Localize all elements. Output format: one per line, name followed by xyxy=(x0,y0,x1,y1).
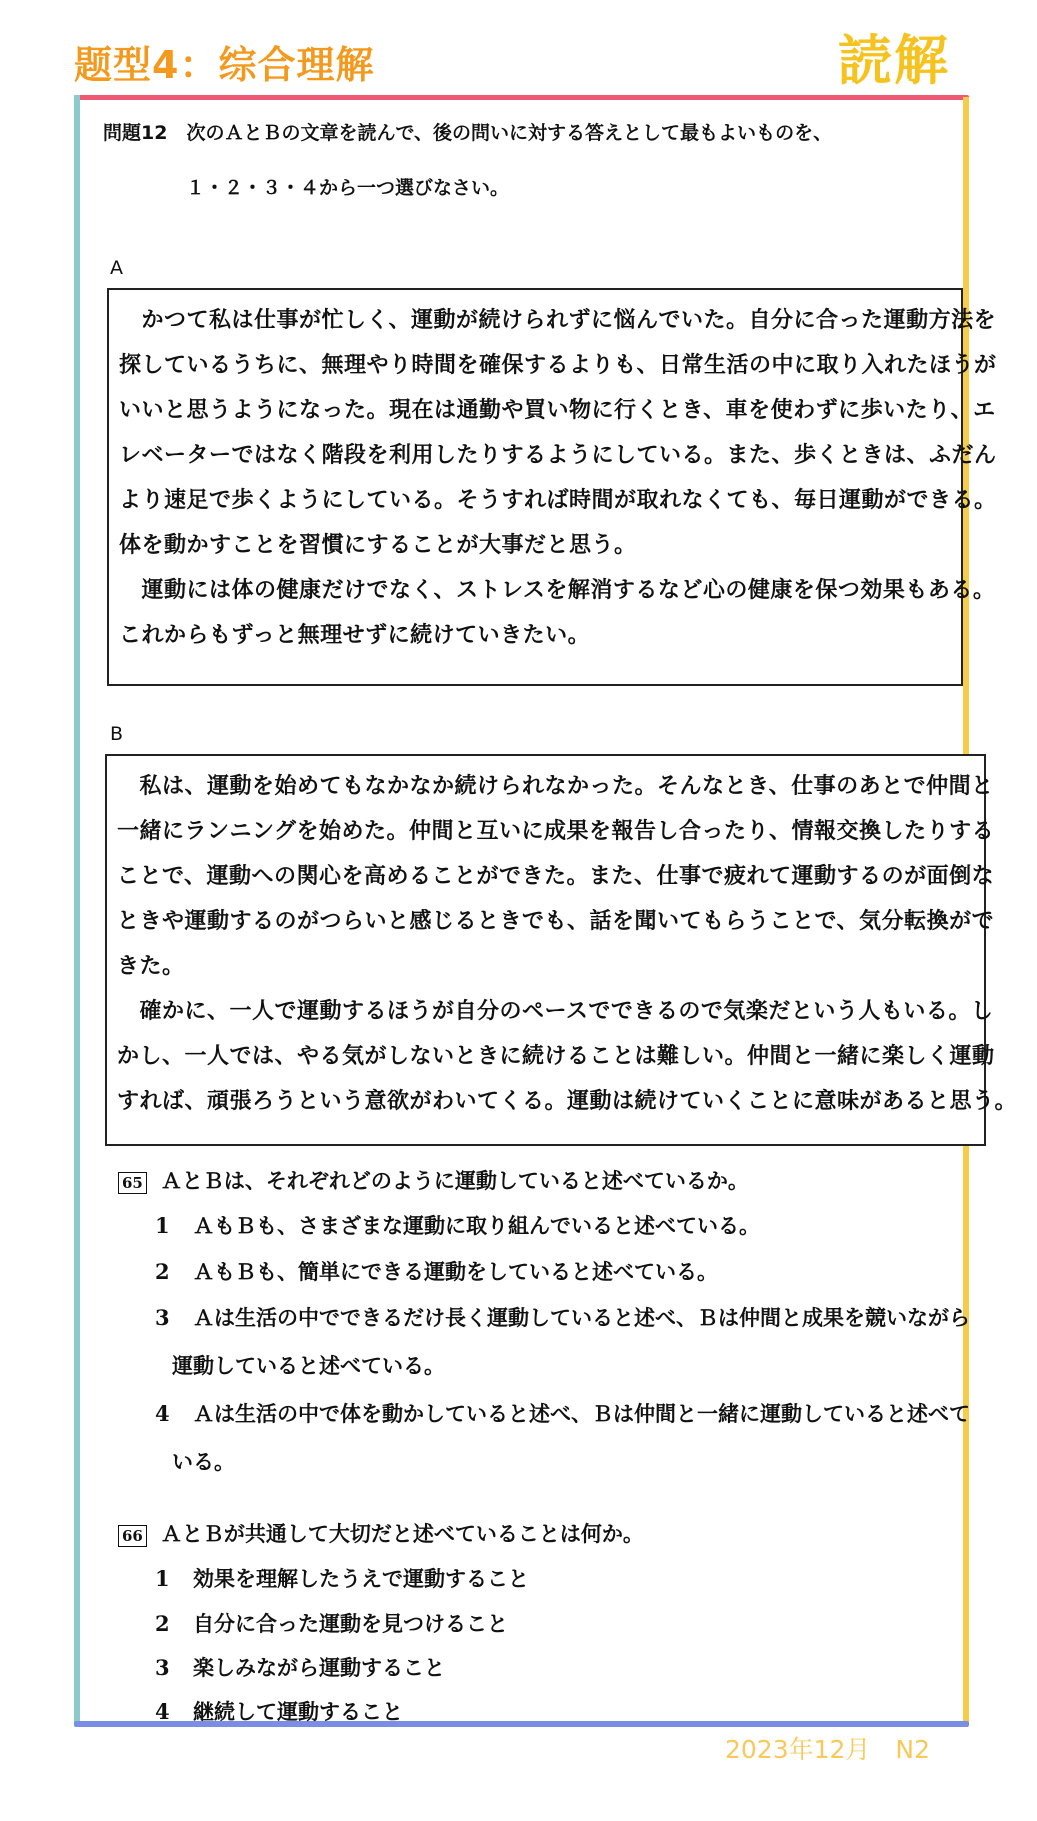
option-65-1[interactable]: 1ＡもＢも、さまざまな運動に取り組んでいると述べている。 xyxy=(155,1210,760,1240)
frame-top-border xyxy=(74,95,969,100)
passage-b-line: 一緒にランニングを始めた。仲間と互いに成果を報告し合ったり、情報交換したりする xyxy=(117,809,984,854)
option-66-4[interactable]: 4継続して運動すること xyxy=(155,1696,403,1726)
passage-a-line: 運動には体の健康だけでなく、ストレスを解消するなど心の健康を保つ効果もある。 xyxy=(119,568,961,613)
passage-a-box: かつて私は仕事が忙しく、運動が続けられずに悩んでいた。自分に合った運動方法を 探… xyxy=(107,288,963,686)
passage-a-line: 体を動かすことを習慣にすることが大事だと思う。 xyxy=(119,523,961,568)
question-prompt: ＡとＢが共通して大切だと述べていることは何か。 xyxy=(161,1521,644,1546)
passage-b-line: ときや運動するのがつらいと感じるときでも、話を聞いてもらうことで、気分転換がで xyxy=(117,899,984,944)
passage-b-line: すれば、頑張ろうという意欲がわいてくる。運動は続けていくことに意味があると思う。 xyxy=(117,1079,984,1124)
option-66-1[interactable]: 1効果を理解したうえで運動すること xyxy=(155,1563,529,1593)
passage-b-line: かし、一人では、やる気がしないときに続けることは難しい。仲間と一緒に楽しく運動 xyxy=(117,1034,984,1079)
passage-a-line: より速足で歩くようにしている。そうすれば時間が取れなくても、毎日運動ができる。 xyxy=(119,478,961,523)
instruction-line-2: １・２・３・４から一つ選びなさい。 xyxy=(186,173,509,200)
exam-date-label: 2023年12月 N2 xyxy=(725,1730,930,1766)
passage-a-line: いいと思うようになった。現在は通勤や買い物に行くとき、車を使わずに歩いたり、エ xyxy=(119,388,961,433)
passage-b-line: 確かに、一人で運動するほうが自分のペースでできるので気楽だという人もいる。し xyxy=(117,989,984,1034)
passage-a-line: レベーターではなく階段を利用したりするようにしている。また、歩くときは、ふだん xyxy=(119,433,961,478)
question-number-box: 65 xyxy=(118,1172,147,1194)
category-title: 読解 xyxy=(838,18,950,95)
passage-a-line: 探しているうちに、無理やり時間を確保するよりも、日常生活の中に取り入れたほうが xyxy=(119,343,961,388)
option-65-2[interactable]: 2ＡもＢも、簡単にできる運動をしていると述べている。 xyxy=(155,1256,718,1286)
option-65-3-continued: 運動していると述べている。 xyxy=(172,1350,445,1380)
question-66: 66ＡとＢが共通して大切だと述べていることは何か。 xyxy=(118,1518,644,1548)
question-65: 65ＡとＢは、それぞれどのように運動していると述べているか。 xyxy=(118,1165,749,1195)
option-66-2[interactable]: 2自分に合った運動を見つけること xyxy=(155,1608,508,1638)
option-66-3[interactable]: 3楽しみながら運動すること xyxy=(155,1652,445,1682)
passage-a-label: A xyxy=(110,257,123,279)
option-65-3[interactable]: 3Ａは生活の中でできるだけ長く運動していると述べ、Ｂは仲間と成果を競いながら xyxy=(155,1302,970,1332)
passage-b-line: 私は、運動を始めてもなかなか続けられなかった。そんなとき、仕事のあとで仲間と xyxy=(117,764,984,809)
frame-left-border xyxy=(74,95,80,1725)
passage-b-box: 私は、運動を始めてもなかなか続けられなかった。そんなとき、仕事のあとで仲間と 一… xyxy=(105,754,986,1146)
section-title: 题型4：综合理解 xyxy=(74,34,374,89)
passage-a-line: かつて私は仕事が忙しく、運動が続けられずに悩んでいた。自分に合った運動方法を xyxy=(119,298,961,343)
option-65-4-continued: いる。 xyxy=(172,1446,235,1476)
instruction-line-1: 問題12 次のＡとＢの文章を読んで、後の問いに対する答えとして最もよいものを、 xyxy=(103,118,832,145)
passage-b-line: ことで、運動への関心を高めることができた。また、仕事で疲れて運動するのが面倒な xyxy=(117,854,984,899)
passage-b-line: きた。 xyxy=(117,944,984,989)
question-number-box: 66 xyxy=(118,1525,147,1547)
passage-b-label: B xyxy=(110,723,123,745)
question-prompt: ＡとＢは、それぞれどのように運動していると述べているか。 xyxy=(161,1168,749,1193)
option-65-4[interactable]: 4Ａは生活の中で体を動かしていると述べ、Ｂは仲間と一緒に運動していると述べて xyxy=(155,1398,970,1428)
passage-a-line: これからもずっと無理せずに続けていきたい。 xyxy=(119,613,961,658)
